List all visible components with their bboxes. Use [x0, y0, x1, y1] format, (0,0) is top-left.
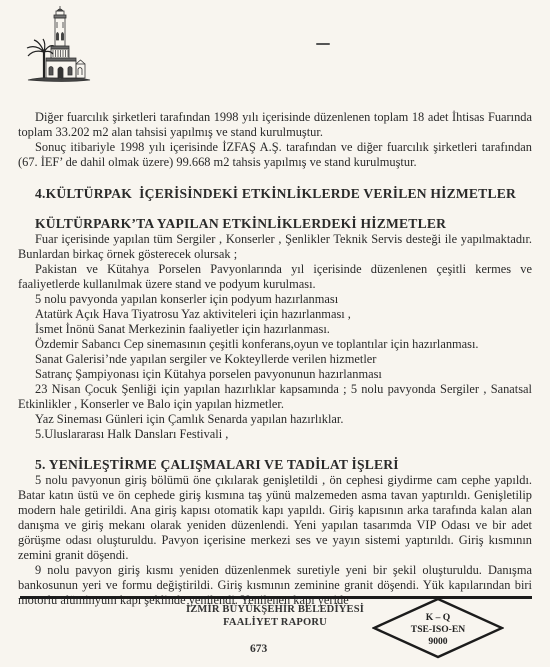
badge-line-kq: K – Q: [372, 612, 504, 624]
body-paragraph: 5.Uluslararası Halk Dansları Festivali ,: [18, 427, 532, 442]
body-paragraph: Özdemir Sabancı Cep sinemasının çeşitli …: [18, 337, 532, 352]
body-paragraph: Satranç Şampiyonası için Kütahya porsele…: [18, 367, 532, 382]
intro-paragraph: Diğer fuarcılık şirketleri tarafından 19…: [18, 110, 532, 140]
body-paragraph: 5 nolu pavyonda yapılan konserler için p…: [18, 292, 532, 307]
footer-organization: İZMİR BÜYÜKŞEHİR BELEDİYESİ FAALİYET RAP…: [170, 603, 380, 629]
body-paragraph: Sanat Galerisi’nde yapılan sergiler ve K…: [18, 352, 532, 367]
footer-org-name: İZMİR BÜYÜKŞEHİR BELEDİYESİ: [170, 603, 380, 616]
body-paragraph: Pakistan ve Kütahya Porselen Pavyonların…: [18, 262, 532, 292]
footer-report-name: FAALİYET RAPORU: [170, 616, 380, 629]
section-5-title: 5. YENİLEŞTİRME ÇALIŞMALARI VE TADİLAT İ…: [35, 457, 532, 473]
intro-paragraph: Sonuç itibariyle 1998 yılı içerisinde İZ…: [18, 140, 532, 170]
body-paragraph: Atatürk Açık Hava Tiyatrosu Yaz aktivite…: [18, 307, 532, 322]
iso-certification-badge: K – Q TSE-ISO-EN 9000: [372, 612, 504, 648]
badge-line-standard: TSE-ISO-EN: [372, 624, 504, 636]
body-paragraph: 23 Nisan Çocuk Şenliği için yapılan hazı…: [18, 382, 532, 412]
scan-speck: [316, 43, 330, 45]
section-4-title: 4.KÜLTÜRPAK İÇERİSİNDEKİ ETKİNLİKLERDE V…: [35, 186, 532, 201]
page-body: Diğer fuarcılık şirketleri tarafından 19…: [18, 110, 532, 608]
body-paragraph: İsmet İnönü Sanat Merkezinin faaliyetler…: [18, 322, 532, 337]
page-number: 673: [250, 643, 267, 655]
section-4-subtitle: KÜLTÜRPARK’TA YAPILAN ETKİNLİKLERDEKİ Hİ…: [35, 216, 532, 232]
body-paragraph: 5 nolu pavyonun giriş bölümü öne çıkılar…: [18, 473, 532, 563]
body-paragraph: Yaz Sineması Günleri için Çamlık Senarda…: [18, 412, 532, 427]
izmir-clock-tower-icon: [24, 4, 92, 84]
badge-line-number: 9000: [372, 636, 504, 648]
body-paragraph: Fuar içerisinde yapılan tüm Sergiler , K…: [18, 232, 532, 262]
